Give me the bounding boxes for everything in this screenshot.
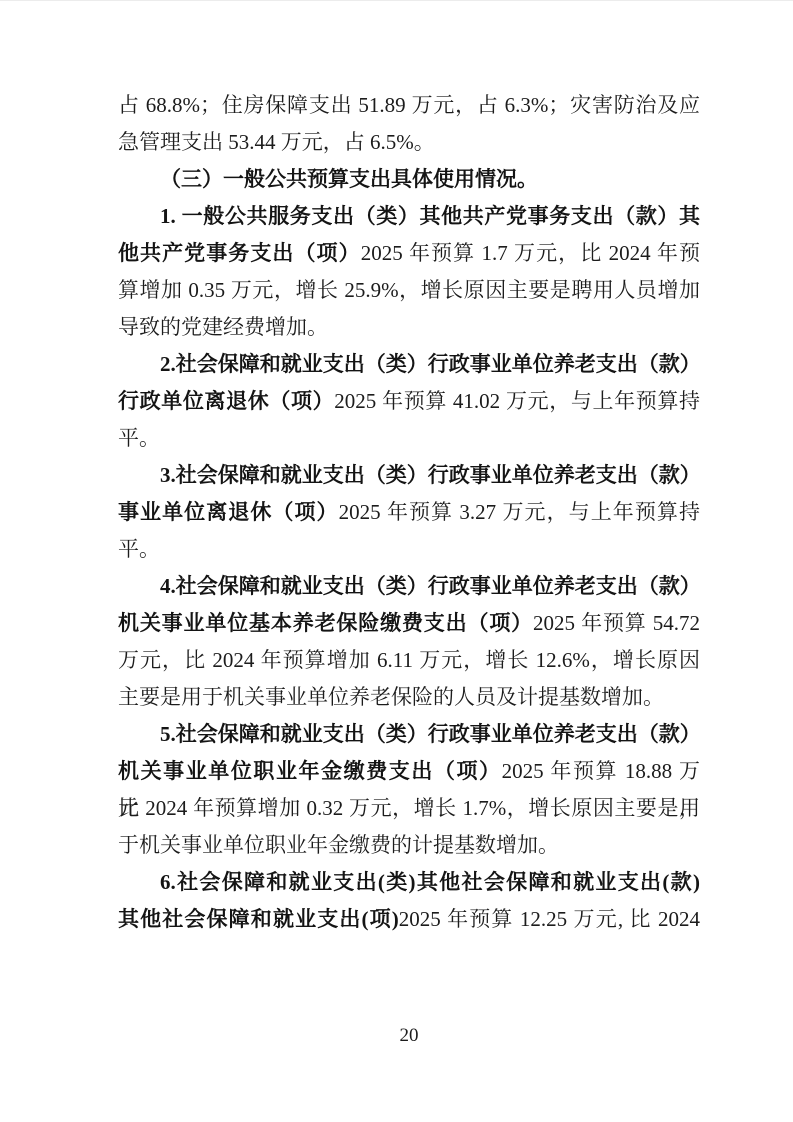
- text-segment: 2025 年预算 41.02 万元，与上年预算持: [334, 389, 700, 413]
- paragraph-item-1: 1. 一般公共服务支出（类）其他共产党事务支出（款）其他共产党事务支出（项）20…: [118, 198, 700, 346]
- text-line: 万元，比 2024 年预算增加 6.11 万元，增长 12.6%，增长原因: [118, 642, 700, 679]
- paragraph-item-5: 5.社会保障和就业支出（类）行政事业单位养老支出（款）机关事业单位职业年金缴费支…: [118, 716, 700, 864]
- text-segment: 导致的党建经费增加。: [118, 315, 328, 339]
- text-segment-bold: （三）一般公共预算支出具体使用情况。: [160, 167, 538, 191]
- text-line: 6.社会保障和就业支出(类)其他社会保障和就业支出(款): [118, 864, 700, 901]
- text-line: 于机关事业单位职业年金缴费的计提基数增加。: [118, 827, 700, 864]
- text-segment: 平。: [118, 426, 160, 450]
- text-line: 平。: [118, 420, 700, 457]
- page-number: 20: [118, 1025, 700, 1047]
- text-line: 其他社会保障和就业支出(项)2025 年预算 12.25 万元, 比 2024: [118, 901, 700, 938]
- text-line: 比 2024 年预算增加 0.32 万元，增长 1.7%，增长原因主要是用: [118, 790, 700, 827]
- text-segment-bold: 机关事业单位职业年金缴费支出（项）: [118, 759, 502, 783]
- text-segment-bold: 行政单位离退休（项）: [118, 389, 334, 413]
- text-segment-bold: 其他社会保障和就业支出(项): [118, 907, 399, 931]
- paragraph-section-heading: （三）一般公共预算支出具体使用情况。: [118, 161, 700, 198]
- text-line: 1. 一般公共服务支出（类）其他共产党事务支出（款）其: [118, 198, 700, 235]
- document-page: 占 68.8%；住房保障支出 51.89 万元，占 6.3%；灾害防治及应急管理…: [0, 0, 793, 1122]
- text-segment: 平。: [118, 537, 160, 561]
- text-line: 主要是用于机关事业单位养老保险的人员及计提基数增加。: [118, 679, 700, 716]
- text-line: 他共产党事务支出（项）2025 年预算 1.7 万元，比 2024 年预: [118, 235, 700, 272]
- paragraph-carryover: 占 68.8%；住房保障支出 51.89 万元，占 6.3%；灾害防治及应急管理…: [118, 87, 700, 161]
- text-line: 3.社会保障和就业支出（类）行政事业单位养老支出（款）: [118, 457, 700, 494]
- text-segment: 主要是用于机关事业单位养老保险的人员及计提基数增加。: [118, 685, 664, 709]
- text-line: 占 68.8%；住房保障支出 51.89 万元，占 6.3%；灾害防治及应: [118, 87, 700, 124]
- text-segment-bold: 4.社会保障和就业支出（类）行政事业单位养老支出（款）: [160, 574, 701, 598]
- text-line: （三）一般公共预算支出具体使用情况。: [118, 161, 700, 198]
- paragraph-item-6: 6.社会保障和就业支出(类)其他社会保障和就业支出(款)其他社会保障和就业支出(…: [118, 864, 700, 938]
- text-segment: 2025 年预算 1.7 万元，比 2024 年预: [361, 241, 700, 265]
- text-line: 机关事业单位职业年金缴费支出（项）2025 年预算 18.88 万元，: [118, 753, 700, 790]
- text-segment-bold: 3.社会保障和就业支出（类）行政事业单位养老支出（款）: [160, 463, 701, 487]
- text-segment: 2025 年预算 54.72: [533, 611, 700, 635]
- text-segment: 万元，比 2024 年预算增加 6.11 万元，增长 12.6%，增长原因: [118, 648, 700, 672]
- text-segment: 2025 年预算 3.27 万元，与上年预算持: [339, 500, 700, 524]
- text-segment: 急管理支出 53.44 万元，占 6.5%。: [118, 130, 435, 154]
- text-segment: 2025 年预算 12.25 万元, 比 2024: [399, 907, 700, 931]
- text-line: 导致的党建经费增加。: [118, 309, 700, 346]
- text-segment-bold: 事业单位离退休（项）: [118, 500, 339, 524]
- document-body: 占 68.8%；住房保障支出 51.89 万元，占 6.3%；灾害防治及应急管理…: [118, 87, 700, 938]
- text-line: 行政单位离退休（项）2025 年预算 41.02 万元，与上年预算持: [118, 383, 700, 420]
- text-segment-bold: 6.社会保障和就业支出(类)其他社会保障和就业支出(款): [160, 870, 700, 894]
- text-line: 机关事业单位基本养老保险缴费支出（项）2025 年预算 54.72: [118, 605, 700, 642]
- text-line: 5.社会保障和就业支出（类）行政事业单位养老支出（款）: [118, 716, 700, 753]
- text-line: 事业单位离退休（项）2025 年预算 3.27 万元，与上年预算持: [118, 494, 700, 531]
- text-segment-bold: 1. 一般公共服务支出（类）其他共产党事务支出（款）其: [160, 204, 700, 228]
- text-line: 急管理支出 53.44 万元，占 6.5%。: [118, 124, 700, 161]
- text-segment-bold: 机关事业单位基本养老保险缴费支出（项）: [118, 611, 533, 635]
- text-segment: 于机关事业单位职业年金缴费的计提基数增加。: [118, 833, 559, 857]
- text-segment-bold: 2.社会保障和就业支出（类）行政事业单位养老支出（款）: [160, 352, 701, 376]
- text-segment-bold: 5.社会保障和就业支出（类）行政事业单位养老支出（款）: [160, 722, 701, 746]
- text-segment-bold: 他共产党事务支出（项）: [118, 241, 361, 265]
- text-line: 平。: [118, 531, 700, 568]
- text-segment: 占 68.8%；住房保障支出 51.89 万元，占 6.3%；灾害防治及应: [118, 93, 700, 117]
- text-segment: 算增加 0.35 万元，增长 25.9%，增长原因主要是聘用人员增加: [118, 278, 700, 302]
- paragraph-item-3: 3.社会保障和就业支出（类）行政事业单位养老支出（款）事业单位离退休（项）202…: [118, 457, 700, 568]
- text-line: 2.社会保障和就业支出（类）行政事业单位养老支出（款）: [118, 346, 700, 383]
- paragraph-item-2: 2.社会保障和就业支出（类）行政事业单位养老支出（款）行政单位离退休（项）202…: [118, 346, 700, 457]
- text-line: 4.社会保障和就业支出（类）行政事业单位养老支出（款）: [118, 568, 700, 605]
- text-line: 算增加 0.35 万元，增长 25.9%，增长原因主要是聘用人员增加: [118, 272, 700, 309]
- text-segment: 比 2024 年预算增加 0.32 万元，增长 1.7%，增长原因主要是用: [118, 796, 700, 820]
- paragraph-item-4: 4.社会保障和就业支出（类）行政事业单位养老支出（款）机关事业单位基本养老保险缴…: [118, 568, 700, 716]
